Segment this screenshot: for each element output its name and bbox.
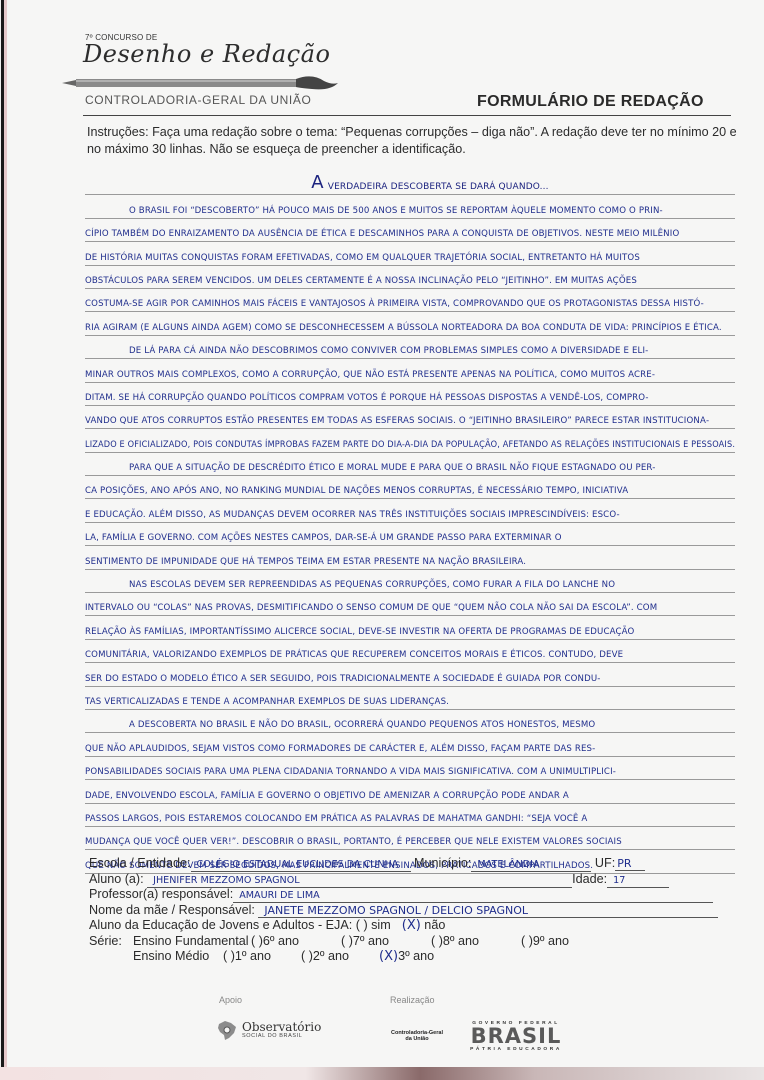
state-field[interactable]: PR <box>615 857 645 871</box>
teacher-row: Professor(a) responsável:Amauri de Lima <box>89 887 739 903</box>
essay-line-text: ca posições, ano após ano, no ranking mu… <box>85 486 628 496</box>
medio-option[interactable]: (X) 3º ano <box>379 949 457 965</box>
essay-title-initial: A <box>311 174 323 192</box>
essay-line: obstáculos para serem vencidos. Um deles… <box>85 266 735 289</box>
school-field[interactable]: Colégio Estadual Euclides da Cunha <box>191 858 411 872</box>
medio-options: ( ) 1º ano( ) 2º ano(X) 3º ano <box>223 949 457 965</box>
essay-line-text: mudança que você quer ver!”. Descobrir o… <box>85 837 622 847</box>
unchecked-box-icon[interactable]: ( ) <box>251 934 263 950</box>
essay-line-text: e educação. Além disso, as mudanças deve… <box>85 510 620 520</box>
unchecked-box-icon[interactable]: ( ) <box>223 949 235 965</box>
essay-line-text: vando que atos corruptos estão presentes… <box>85 416 709 426</box>
age-label: Idade: <box>572 872 607 886</box>
essay-line: passos largos, pois estaremos colocando … <box>85 804 735 827</box>
essay-line-text: ria agiram (e alguns ainda agem) como se… <box>85 323 722 333</box>
essay-line-text: lizado e oficializado, pois condutas ímp… <box>85 440 735 450</box>
pencil-brush-icon <box>62 75 342 91</box>
paper-bottom-edge <box>0 1067 764 1080</box>
essay-line-text: O Brasil foi “descoberto” há pouco mais … <box>129 206 663 216</box>
essay-line: A descoberta no Brasil e não do Brasil, … <box>85 710 735 733</box>
student-field[interactable]: Jhenifer Mezzomo Spagnol <box>147 874 572 888</box>
essay-line-text: minar outros mais complexos, como a corr… <box>85 370 655 380</box>
essay-line-text: costuma-se agir por caminhos mais fáceis… <box>85 299 704 309</box>
fundamental-options: ( ) 6º ano( ) 7º ano( ) 8º ano( ) 9º ano <box>251 934 611 950</box>
governo-federal-logo: GOVERNO FEDERAL BRASIL PÁTRIA EDUCADORA <box>470 1021 562 1052</box>
checked-box-icon[interactable]: (X) <box>379 949 398 965</box>
essay-line: ditam. Se há corrupção quando políticos … <box>85 383 735 406</box>
eja-option-label: não <box>421 918 446 932</box>
brazil-map-icon <box>215 1018 239 1042</box>
medio-label: Ensino Médio <box>133 949 223 965</box>
essay-line-text: ditam. Se há corrupção quando políticos … <box>85 393 649 403</box>
essay-line: intervalo ou “colas” nas provas, desmiti… <box>85 593 735 616</box>
observatorio-logo: Observatório SOCIAL DO BRASIL <box>215 1018 321 1042</box>
essay-form-page: 7º CONCURSO DE Desenho e Redação CONTROL… <box>4 0 764 1068</box>
cgu-logo: Controladoria-Geral da União <box>389 1030 445 1042</box>
school-row: Escola / Entidade:Colégio Estadual Eucli… <box>89 856 739 872</box>
fundamental-option[interactable]: ( ) 8º ano <box>431 934 521 950</box>
essay-line-text: De lá para cá ainda não descobrimos como… <box>129 346 648 356</box>
essay-line: de história muitas conquistas foram efet… <box>85 242 735 265</box>
city-field[interactable]: Matelândia <box>471 858 591 872</box>
medio-option-label: 3º ano <box>398 949 434 965</box>
medio-option[interactable]: ( ) 2º ano <box>301 949 379 965</box>
essay-line: Para que a situação de descrédito ético … <box>85 453 735 476</box>
fundamental-option-label: 8º ano <box>443 934 479 950</box>
essay-line: Nas escolas devem ser repreendidas as pe… <box>85 570 735 593</box>
essay-line-text: de história muitas conquistas foram efet… <box>85 253 640 263</box>
eja-option[interactable]: ( ) sim <box>356 918 402 934</box>
essay-lines: A verdadeira descoberta se dará quando..… <box>85 172 735 874</box>
eja-option[interactable]: (X) não <box>402 918 448 934</box>
eja-row: Aluno da Educação de Jovens e Adultos - … <box>89 918 739 934</box>
essay-line: cípio também do enraizamento da ausência… <box>85 219 735 242</box>
essay-line: que não aplaudidos, sejam vistos como fo… <box>85 733 735 756</box>
essay-line: vando que atos corruptos estão presentes… <box>85 406 735 429</box>
essay-line-text: que não aplaudidos, sejam vistos como fo… <box>85 744 595 754</box>
teacher-label: Professor(a) responsável: <box>89 887 233 901</box>
contest-name: Desenho e Redação <box>83 40 330 68</box>
essay-line-text: passos largos, pois estaremos colocando … <box>85 814 587 824</box>
essay-line: dade, envolvendo escola, família e gover… <box>85 780 735 803</box>
essay-title: A verdadeira descoberta se dará quando..… <box>85 172 735 195</box>
fundamental-option-label: 9º ano <box>533 934 569 950</box>
unchecked-box-icon[interactable]: ( ) <box>356 918 368 932</box>
eja-label: Aluno da Educação de Jovens e Adultos - … <box>89 918 352 932</box>
fundamental-option-label: 7º ano <box>353 934 389 950</box>
medio-option-label: 1º ano <box>235 949 271 965</box>
essay-line-text: sentimento de impunidade que há tempos t… <box>85 557 526 567</box>
essay-line-text: ponsabilidades sociais para uma plena ci… <box>85 767 616 777</box>
parent-row: Nome da mãe / Responsável: Janete Mezzom… <box>89 903 739 919</box>
unchecked-box-icon[interactable]: ( ) <box>341 934 353 950</box>
essay-line: tas verticalizadas e tende a acompanhar … <box>85 687 735 710</box>
fundamental-row: Série:Ensino Fundamental( ) 6º ano( ) 7º… <box>89 934 739 950</box>
medio-row: Ensino Médio( ) 1º ano( ) 2º ano(X) 3º a… <box>89 949 739 965</box>
parent-field[interactable]: Janete Mezzomo Spagnol / Delcio Spagnol <box>258 904 718 918</box>
unchecked-box-icon[interactable]: ( ) <box>521 934 533 950</box>
essay-line-text: A descoberta no Brasil e não do Brasil, … <box>129 720 595 730</box>
essay-line-text: Nas escolas devem ser repreendidas as pe… <box>129 580 615 590</box>
observatorio-name: Observatório <box>242 1022 321 1033</box>
student-row: Aluno (a): Jhenifer Mezzomo SpagnolIdade… <box>89 872 739 888</box>
header-divider <box>83 115 731 116</box>
gov-bottom-text: PÁTRIA EDUCADORA <box>470 1047 562 1052</box>
unchecked-box-icon[interactable]: ( ) <box>431 934 443 950</box>
unchecked-box-icon[interactable]: ( ) <box>301 949 313 965</box>
fundamental-option[interactable]: ( ) 7º ano <box>341 934 431 950</box>
fundamental-option[interactable]: ( ) 9º ano <box>521 934 611 950</box>
essay-line: De lá para cá ainda não descobrimos como… <box>85 336 735 359</box>
essay-line-text: cípio também do enraizamento da ausência… <box>85 229 679 239</box>
teacher-field[interactable]: Amauri de Lima <box>233 889 713 903</box>
essay-line: ser do Estado o modelo ético a ser segui… <box>85 663 735 686</box>
city-label: Município: <box>414 856 471 870</box>
eja-options: ( ) sim(X) não <box>356 918 448 932</box>
parent-label: Nome da mãe / Responsável: <box>89 903 255 917</box>
support-label: Apoio <box>219 995 242 1005</box>
essay-line-text: Para que a situação de descrédito ético … <box>129 463 655 473</box>
identification-section: Escola / Entidade:Colégio Estadual Eucli… <box>89 856 739 965</box>
essay-line-text: ser do Estado o modelo ético a ser segui… <box>85 674 601 684</box>
essay-line-text: dade, envolvendo escola, família e gover… <box>85 791 569 801</box>
organization-name: CONTROLADORIA-GERAL DA UNIÃO <box>85 93 311 107</box>
serie-label: Série: <box>89 934 133 950</box>
essay-line: ponsabilidades sociais para uma plena ci… <box>85 757 735 780</box>
medio-option-label: 2º ano <box>313 949 349 965</box>
essay-line-text: relação às famílias, importantíssimo ali… <box>85 627 634 637</box>
essay-line-text: la, família e governo. Com ações nestes … <box>85 533 562 543</box>
essay-line: mudança que você quer ver!”. Descobrir o… <box>85 827 735 850</box>
essay-line: costuma-se agir por caminhos mais fáceis… <box>85 289 735 312</box>
eja-option-label: sim <box>368 918 391 932</box>
essay-line: relação às famílias, importantíssimo ali… <box>85 616 735 639</box>
essay-line-text: tas verticalizadas e tende a acompanhar … <box>85 697 449 707</box>
instructions-text: Instruções: Faça uma redação sobre o tem… <box>87 124 737 158</box>
essay-line: comunitária, valorizando exemplos de prá… <box>85 640 735 663</box>
essay-body: O Brasil foi “descoberto” há pouco mais … <box>85 195 735 873</box>
essay-line: lizado e oficializado, pois condutas ímp… <box>85 429 735 452</box>
essay-line: e educação. Além disso, as mudanças deve… <box>85 499 735 522</box>
fundamental-label: Ensino Fundamental <box>133 934 251 950</box>
essay-line-text: obstáculos para serem vencidos. Um deles… <box>85 276 637 286</box>
medio-option[interactable]: ( ) 1º ano <box>223 949 301 965</box>
state-label: UF: <box>595 856 615 870</box>
form-title: FORMULÁRIO DE REDAÇÃO <box>477 93 704 111</box>
essay-line: O Brasil foi “descoberto” há pouco mais … <box>85 195 735 218</box>
realization-label: Realização <box>390 995 435 1005</box>
essay-line: minar outros mais complexos, como a corr… <box>85 359 735 382</box>
essay-title-rest: verdadeira descoberta se dará quando... <box>328 182 549 192</box>
gov-main-text: BRASIL <box>470 1026 562 1047</box>
essay-line-text: intervalo ou “colas” nas provas, desmiti… <box>85 603 657 613</box>
essay-line: ca posições, ano após ano, no ranking mu… <box>85 476 735 499</box>
school-label: Escola / Entidade: <box>89 856 191 870</box>
fundamental-option-label: 6º ano <box>263 934 299 950</box>
fundamental-option[interactable]: ( ) 6º ano <box>251 934 341 950</box>
checked-box-icon[interactable]: (X) <box>402 918 421 933</box>
student-label: Aluno (a): <box>89 872 144 886</box>
essay-line: sentimento de impunidade que há tempos t… <box>85 546 735 569</box>
essay-line: la, família e governo. Com ações nestes … <box>85 523 735 546</box>
age-field[interactable]: 17 <box>607 874 669 888</box>
essay-line-text: comunitária, valorizando exemplos de prá… <box>85 650 623 660</box>
essay-line: ria agiram (e alguns ainda agem) como se… <box>85 312 735 335</box>
